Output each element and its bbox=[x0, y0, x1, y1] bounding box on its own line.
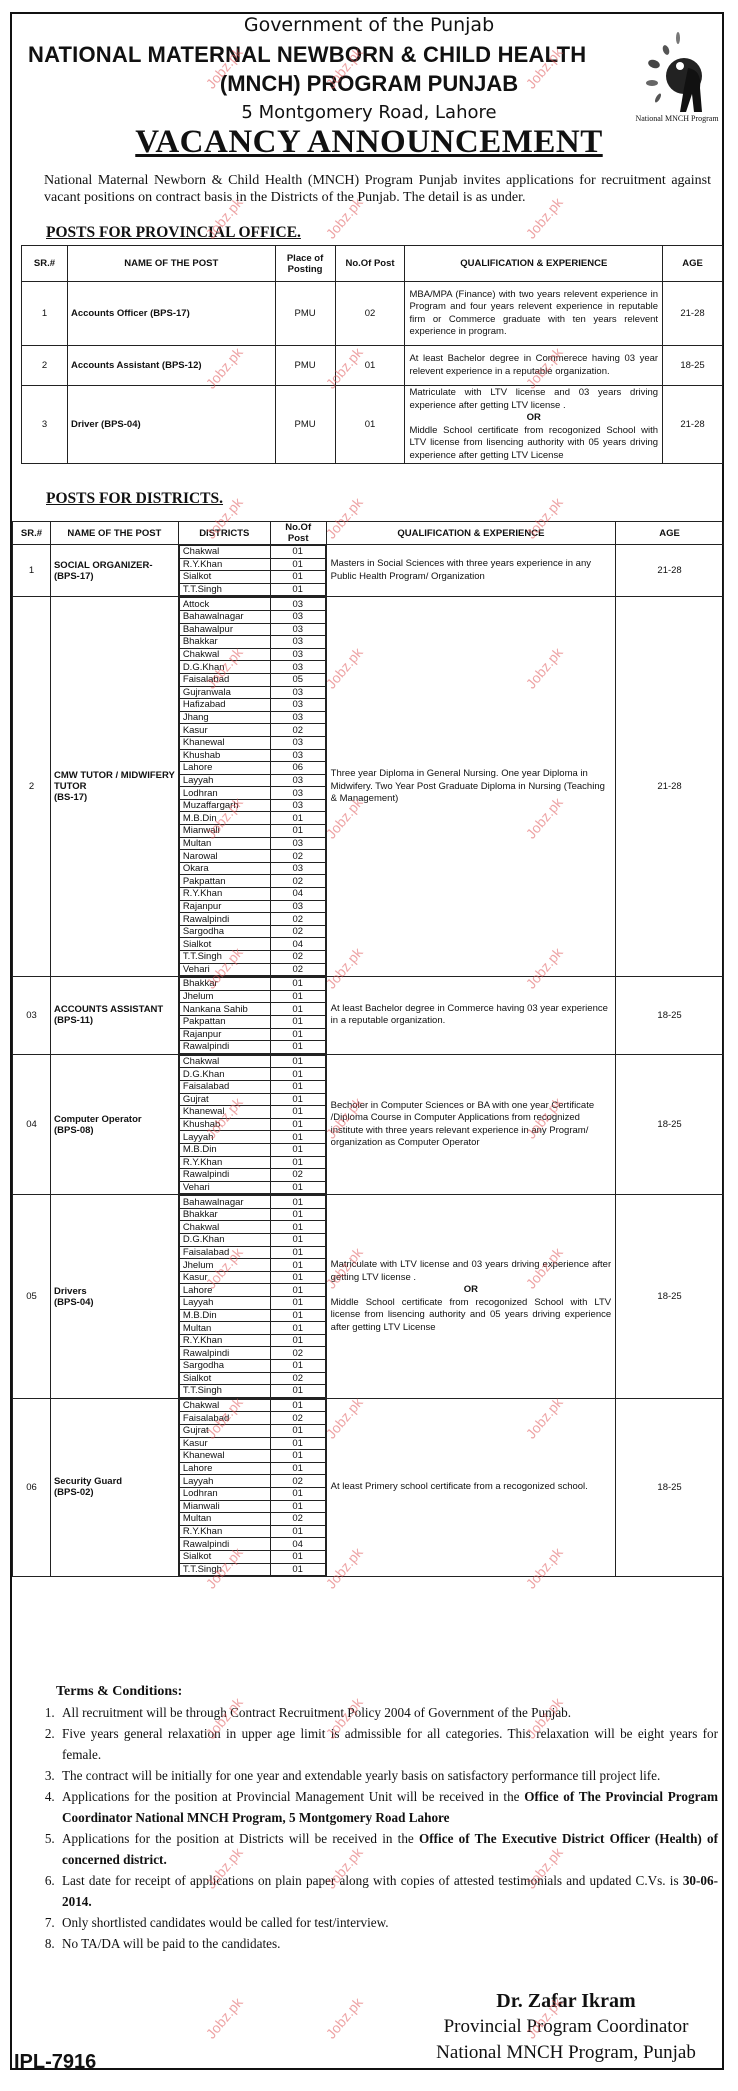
district-name: Kasur bbox=[179, 1271, 270, 1284]
district-post-count: 03 bbox=[270, 636, 325, 649]
district-name: R.Y.Khan bbox=[179, 1525, 270, 1538]
district-row: Chakwal01 bbox=[179, 1221, 325, 1234]
district-post-count: 03 bbox=[270, 711, 325, 724]
district-post-count: 03 bbox=[270, 598, 325, 611]
district-post-count: 03 bbox=[270, 648, 325, 661]
column-header: SR.# bbox=[13, 522, 51, 545]
district-post-count: 01 bbox=[270, 1093, 325, 1106]
district-post-count: 01 bbox=[270, 546, 325, 559]
qualification-cell: At least Primery school certificate from… bbox=[326, 1398, 615, 1576]
post-cell: Accounts Officer (BPS-17) bbox=[67, 282, 275, 346]
column-header: SR.# bbox=[22, 246, 68, 282]
district-row: Chakwal01 bbox=[179, 546, 325, 559]
column-header: NAME OF THE POST bbox=[50, 522, 178, 545]
district-row: Muzaffargarh03 bbox=[179, 799, 325, 812]
table-header-row: SR.# NAME OF THE POST DISTRICTS No.Of Po… bbox=[13, 522, 724, 545]
district-name: Faisalabad bbox=[179, 1080, 270, 1093]
district-post-count: 01 bbox=[270, 825, 325, 838]
sr-cell: 05 bbox=[13, 1195, 51, 1399]
district-row: Faisalabad05 bbox=[179, 673, 325, 686]
column-header: Place of Posting bbox=[275, 246, 335, 282]
district-row: Bhakkar01 bbox=[179, 978, 325, 991]
table-row: 1SOCIAL ORGANIZER-(BPS-17)Chakwal01R.Y.K… bbox=[13, 545, 724, 597]
district-name: Sialkot bbox=[179, 571, 270, 584]
terms-text: Last date for receipt of applications on… bbox=[62, 1873, 683, 1888]
post-name: ACCOUNTS ASSISTANT bbox=[54, 1004, 175, 1015]
district-row: Kasur02 bbox=[179, 724, 325, 737]
district-name: Kasur bbox=[179, 724, 270, 737]
district-row: Faisalabad02 bbox=[179, 1412, 325, 1425]
district-post-count: 02 bbox=[270, 913, 325, 926]
district-post-count: 02 bbox=[270, 1475, 325, 1488]
district-row: Layyah01 bbox=[179, 1297, 325, 1310]
district-row: R.Y.Khan04 bbox=[179, 888, 325, 901]
district-post-count: 01 bbox=[270, 1284, 325, 1297]
district-name: Chakwal bbox=[179, 648, 270, 661]
district-name: Jhelum bbox=[179, 990, 270, 1003]
district-post-count: 01 bbox=[270, 583, 325, 596]
district-post-count: 01 bbox=[270, 1297, 325, 1310]
column-header: No.Of Post bbox=[335, 246, 405, 282]
district-row: Jhang03 bbox=[179, 711, 325, 724]
district-name: Hafizabad bbox=[179, 699, 270, 712]
district-name: Bahawalnagar bbox=[179, 610, 270, 623]
district-name: Khanewal bbox=[179, 1450, 270, 1463]
district-row: Mianwali01 bbox=[179, 1500, 325, 1513]
district-name: Sargodha bbox=[179, 1360, 270, 1373]
district-post-count: 02 bbox=[270, 1412, 325, 1425]
district-name: Rawalpindi bbox=[179, 1538, 270, 1551]
sr-cell: 04 bbox=[13, 1054, 51, 1195]
table-row: 03ACCOUNTS ASSISTANT(BPS-11)Bhakkar01Jhe… bbox=[13, 977, 724, 1055]
district-row: Bhakkar01 bbox=[179, 1208, 325, 1221]
district-post-count: 03 bbox=[270, 787, 325, 800]
program-title-line1: NATIONAL MATERNAL NEWBORN & CHILD HEALTH bbox=[28, 42, 586, 68]
district-post-count: 03 bbox=[270, 736, 325, 749]
district-name: D.G.Khan bbox=[179, 661, 270, 674]
district-post-count: 01 bbox=[270, 1080, 325, 1093]
district-post-count: 01 bbox=[270, 1055, 325, 1068]
table-row: 06Security Guard(BPS-02)Chakwal01Faisala… bbox=[13, 1398, 724, 1576]
government-label: Government of the Punjab bbox=[0, 14, 738, 36]
district-post-count: 01 bbox=[270, 1068, 325, 1081]
district-post-count: 03 bbox=[270, 799, 325, 812]
terms-text: Applications for the position at Provinc… bbox=[62, 1789, 524, 1804]
count-cell: 02 bbox=[335, 282, 405, 346]
district-post-count: 03 bbox=[270, 623, 325, 636]
district-row: Bahawalnagar01 bbox=[179, 1196, 325, 1209]
terms-item: No TA/DA will be paid to the candidates. bbox=[58, 1933, 718, 1954]
signatory-name: Dr. Zafar Ikram bbox=[416, 1990, 716, 2013]
qualification-or: OR bbox=[331, 1284, 611, 1297]
district-post-count: 01 bbox=[270, 1106, 325, 1119]
district-row: Rajanpur01 bbox=[179, 1028, 325, 1041]
district-name: Gujrat bbox=[179, 1424, 270, 1437]
district-name: Jhelum bbox=[179, 1259, 270, 1272]
district-post-count: 03 bbox=[270, 774, 325, 787]
district-name: Khanewal bbox=[179, 1106, 270, 1119]
district-post-count: 01 bbox=[270, 1500, 325, 1513]
district-row: Multan03 bbox=[179, 837, 325, 850]
district-name: Bahawalpur bbox=[179, 623, 270, 636]
district-name: Lodhran bbox=[179, 787, 270, 800]
district-post-count: 01 bbox=[270, 1028, 325, 1041]
district-post-count: 01 bbox=[270, 571, 325, 584]
districts-cell: Bahawalnagar01Bhakkar01Chakwal01D.G.Khan… bbox=[178, 1195, 326, 1399]
district-name: Rawalpindi bbox=[179, 1347, 270, 1360]
district-row: Multan02 bbox=[179, 1513, 325, 1526]
place-cell: PMU bbox=[275, 346, 335, 386]
terms-heading: Terms & Conditions: bbox=[56, 1684, 718, 1700]
district-row: Lahore01 bbox=[179, 1284, 325, 1297]
age-cell: 18-25 bbox=[663, 346, 723, 386]
age-cell: 18-25 bbox=[616, 977, 724, 1055]
column-header: No.Of Post bbox=[270, 522, 326, 545]
district-name: Sialkot bbox=[179, 1372, 270, 1385]
district-name: D.G.Khan bbox=[179, 1234, 270, 1247]
district-row: Layyah01 bbox=[179, 1131, 325, 1144]
post-grade: (BPS-17) bbox=[54, 571, 175, 582]
district-post-count: 02 bbox=[270, 850, 325, 863]
signatory-designation: Provincial Program Coordinator bbox=[416, 2016, 716, 2038]
district-name: Faisalabad bbox=[179, 1412, 270, 1425]
qualification-cell: MBA/MPA (Finance) with two years releven… bbox=[405, 282, 663, 346]
post-cell: Drivers(BPS-04) bbox=[50, 1195, 178, 1399]
district-name: R.Y.Khan bbox=[179, 558, 270, 571]
terms-text: No TA/DA will be paid to the candidates. bbox=[62, 1936, 280, 1951]
signatory-organization: National MNCH Program, Punjab bbox=[416, 2042, 716, 2064]
table-row: 3 Driver (BPS-04) PMU 01 Matriculate wit… bbox=[22, 386, 723, 464]
column-header: NAME OF THE POST bbox=[67, 246, 275, 282]
district-post-count: 01 bbox=[270, 1208, 325, 1221]
district-row: Chakwal01 bbox=[179, 1055, 325, 1068]
intro-paragraph: National Maternal Newborn & Child Health… bbox=[44, 172, 711, 206]
terms-item: Applications for the position at Distric… bbox=[58, 1828, 718, 1870]
district-row: Lahore06 bbox=[179, 762, 325, 775]
sr-cell: 2 bbox=[22, 346, 68, 386]
district-name: R.Y.Khan bbox=[179, 1334, 270, 1347]
district-row: Attock03 bbox=[179, 598, 325, 611]
age-cell: 21-28 bbox=[663, 386, 723, 464]
district-row: Khushab01 bbox=[179, 1118, 325, 1131]
district-post-count: 02 bbox=[270, 951, 325, 964]
district-row: Vehari01 bbox=[179, 1181, 325, 1194]
district-row: Jhelum01 bbox=[179, 1259, 325, 1272]
age-cell: 18-25 bbox=[616, 1054, 724, 1195]
table-header-row: SR.# NAME OF THE POST Place of Posting N… bbox=[22, 246, 723, 282]
table-row: 2 Accounts Assistant (BPS-12) PMU 01 At … bbox=[22, 346, 723, 386]
district-post-count: 01 bbox=[270, 1550, 325, 1563]
district-row: Khushab03 bbox=[179, 749, 325, 762]
column-header: QUALIFICATION & EXPERIENCE bbox=[405, 246, 663, 282]
district-post-count: 05 bbox=[270, 673, 325, 686]
districts-cell: Bhakkar01Jhelum01Nankana Sahib01Pakpatta… bbox=[178, 977, 326, 1055]
age-cell: 21-28 bbox=[616, 597, 724, 977]
post-grade: (BPS-08) bbox=[54, 1125, 175, 1136]
district-post-count: 01 bbox=[270, 1563, 325, 1576]
district-name: Jhang bbox=[179, 711, 270, 724]
post-grade: (BS-17) bbox=[54, 792, 175, 803]
district-name: Layyah bbox=[179, 1297, 270, 1310]
district-post-count: 03 bbox=[270, 749, 325, 762]
district-name: M.B.Din bbox=[179, 812, 270, 825]
qualification-option-a: Matriculate with LTV license and 03 year… bbox=[409, 387, 658, 412]
district-post-count: 01 bbox=[270, 1015, 325, 1028]
district-post-count: 03 bbox=[270, 862, 325, 875]
sr-cell: 03 bbox=[13, 977, 51, 1055]
district-row: Sialkot01 bbox=[179, 571, 325, 584]
district-row: Kasur01 bbox=[179, 1437, 325, 1450]
district-post-count: 01 bbox=[270, 1525, 325, 1538]
district-post-count: 01 bbox=[270, 1221, 325, 1234]
district-row: Faisalabad01 bbox=[179, 1080, 325, 1093]
district-name: Chakwal bbox=[179, 546, 270, 559]
district-name: Sargodha bbox=[179, 925, 270, 938]
sr-cell: 1 bbox=[13, 545, 51, 597]
district-post-count: 02 bbox=[270, 875, 325, 888]
district-row: Sargodha02 bbox=[179, 925, 325, 938]
district-post-count: 01 bbox=[270, 1437, 325, 1450]
terms-text: All recruitment will be through Contract… bbox=[62, 1705, 571, 1720]
district-row: Layyah03 bbox=[179, 774, 325, 787]
district-name: Sialkot bbox=[179, 938, 270, 951]
district-name: D.G.Khan bbox=[179, 1068, 270, 1081]
post-cell: ACCOUNTS ASSISTANT(BPS-11) bbox=[50, 977, 178, 1055]
district-post-count: 01 bbox=[270, 1131, 325, 1144]
district-row: D.G.Khan03 bbox=[179, 661, 325, 674]
post-cell: Driver (BPS-04) bbox=[67, 386, 275, 464]
district-name: Pakpattan bbox=[179, 875, 270, 888]
age-cell: 21-28 bbox=[663, 282, 723, 346]
district-post-count: 03 bbox=[270, 699, 325, 712]
terms-text: Only shortlisted candidates would be cal… bbox=[62, 1915, 389, 1930]
column-header: AGE bbox=[663, 246, 723, 282]
district-name: Bhakkar bbox=[179, 1208, 270, 1221]
district-name: M.B.Din bbox=[179, 1309, 270, 1322]
district-row: D.G.Khan01 bbox=[179, 1234, 325, 1247]
district-name: T.T.Singh bbox=[179, 583, 270, 596]
terms-item: Five years general relaxation in upper a… bbox=[58, 1723, 718, 1765]
district-name: T.T.Singh bbox=[179, 1385, 270, 1398]
age-cell: 18-25 bbox=[616, 1195, 724, 1399]
district-row: T.T.Singh02 bbox=[179, 951, 325, 964]
district-name: Multan bbox=[179, 837, 270, 850]
district-post-count: 01 bbox=[270, 1003, 325, 1016]
sr-cell: 3 bbox=[22, 386, 68, 464]
district-name: Gujrat bbox=[179, 1093, 270, 1106]
district-row: Layyah02 bbox=[179, 1475, 325, 1488]
qualification-option-b: Middle School certificate from recogoniz… bbox=[409, 425, 658, 463]
district-post-count: 01 bbox=[270, 1360, 325, 1373]
district-post-count: 01 bbox=[270, 990, 325, 1003]
district-row: R.Y.Khan01 bbox=[179, 558, 325, 571]
district-row: Jhelum01 bbox=[179, 990, 325, 1003]
district-post-count: 03 bbox=[270, 661, 325, 674]
district-post-count: 01 bbox=[270, 978, 325, 991]
post-grade: (BPS-11) bbox=[54, 1015, 175, 1026]
district-row: Rawalpindi02 bbox=[179, 913, 325, 926]
district-row: T.T.Singh01 bbox=[179, 1563, 325, 1576]
district-row: Narowal02 bbox=[179, 850, 325, 863]
district-post-count: 01 bbox=[270, 1385, 325, 1398]
district-name: Vehari bbox=[179, 963, 270, 976]
district-row: Sialkot01 bbox=[179, 1550, 325, 1563]
district-name: Narowal bbox=[179, 850, 270, 863]
district-post-count: 02 bbox=[270, 724, 325, 737]
districts-cell: Attock03Bahawalnagar03Bahawalpur03Bhakka… bbox=[178, 597, 326, 977]
district-name: Vehari bbox=[179, 1181, 270, 1194]
table-row: 05Drivers(BPS-04)Bahawalnagar01Bhakkar01… bbox=[13, 1195, 724, 1399]
district-row: Nankana Sahib01 bbox=[179, 1003, 325, 1016]
district-post-count: 01 bbox=[270, 1334, 325, 1347]
post-name: CMW TUTOR / MIDWIFERY TUTOR bbox=[54, 770, 175, 792]
district-row: Chakwal03 bbox=[179, 648, 325, 661]
district-name: Mianwali bbox=[179, 825, 270, 838]
district-row: Kasur01 bbox=[179, 1271, 325, 1284]
district-post-count: 02 bbox=[270, 1513, 325, 1526]
district-row: Gujranwala03 bbox=[179, 686, 325, 699]
district-row: Hafizabad03 bbox=[179, 699, 325, 712]
district-row: Gujrat01 bbox=[179, 1093, 325, 1106]
district-post-count: 02 bbox=[270, 963, 325, 976]
district-row: Rawalpindi02 bbox=[179, 1169, 325, 1182]
district-name: T.T.Singh bbox=[179, 1563, 270, 1576]
terms-list: All recruitment will be through Contract… bbox=[28, 1702, 718, 1954]
district-row: R.Y.Khan01 bbox=[179, 1156, 325, 1169]
district-name: Kasur bbox=[179, 1437, 270, 1450]
district-name: R.Y.Khan bbox=[179, 888, 270, 901]
qualification-or: OR bbox=[409, 412, 658, 425]
terms-item: Last date for receipt of applications on… bbox=[58, 1870, 718, 1912]
district-post-count: 04 bbox=[270, 1538, 325, 1551]
district-row: Multan01 bbox=[179, 1322, 325, 1335]
district-row: Sialkot02 bbox=[179, 1372, 325, 1385]
district-name: M.B.Din bbox=[179, 1143, 270, 1156]
district-name: Rawalpindi bbox=[179, 1041, 270, 1054]
district-row: Rajanpur03 bbox=[179, 900, 325, 913]
qualification-option-a: Matriculate with LTV license and 03 year… bbox=[331, 1259, 611, 1284]
district-row: R.Y.Khan01 bbox=[179, 1525, 325, 1538]
provincial-section-title: POSTS FOR PROVINCIAL OFFICE. bbox=[46, 224, 301, 242]
districts-cell: Chakwal01Faisalabad02Gujrat01Kasur01Khan… bbox=[178, 1398, 326, 1576]
district-name: Okara bbox=[179, 862, 270, 875]
district-post-count: 03 bbox=[270, 837, 325, 850]
terms-text: Five years general relaxation in upper a… bbox=[62, 1726, 718, 1762]
district-row: Sargodha01 bbox=[179, 1360, 325, 1373]
district-row: Vehari02 bbox=[179, 963, 325, 976]
age-cell: 18-25 bbox=[616, 1398, 724, 1576]
sr-cell: 1 bbox=[22, 282, 68, 346]
district-name: Muzaffargarh bbox=[179, 799, 270, 812]
district-row: Lodhran03 bbox=[179, 787, 325, 800]
district-name: Pakpattan bbox=[179, 1015, 270, 1028]
district-post-count: 01 bbox=[270, 1487, 325, 1500]
district-post-count: 06 bbox=[270, 762, 325, 775]
district-row: Pakpattan02 bbox=[179, 875, 325, 888]
district-post-count: 01 bbox=[270, 1181, 325, 1194]
place-cell: PMU bbox=[275, 386, 335, 464]
post-grade: (BPS-04) bbox=[54, 1297, 175, 1308]
qualification-cell: At least Bachelor degree in Commerece ha… bbox=[405, 346, 663, 386]
district-post-count: 01 bbox=[270, 1399, 325, 1412]
district-post-count: 01 bbox=[270, 1271, 325, 1284]
district-name: Khanewal bbox=[179, 736, 270, 749]
district-post-count: 04 bbox=[270, 888, 325, 901]
district-row: Lahore01 bbox=[179, 1462, 325, 1475]
table-row: 2CMW TUTOR / MIDWIFERY TUTOR(BS-17)Attoc… bbox=[13, 597, 724, 977]
district-post-count: 02 bbox=[270, 1169, 325, 1182]
district-post-count: 01 bbox=[270, 1424, 325, 1437]
district-name: Khushab bbox=[179, 1118, 270, 1131]
district-post-count: 01 bbox=[270, 1309, 325, 1322]
district-row: Sialkot04 bbox=[179, 938, 325, 951]
district-row: M.B.Din01 bbox=[179, 812, 325, 825]
terms-item: Applications for the position at Provinc… bbox=[58, 1786, 718, 1828]
district-post-count: 01 bbox=[270, 1462, 325, 1475]
district-name: Chakwal bbox=[179, 1221, 270, 1234]
district-post-count: 02 bbox=[270, 1347, 325, 1360]
column-header: AGE bbox=[616, 522, 724, 545]
district-post-count: 01 bbox=[270, 1259, 325, 1272]
post-cell: Accounts Assistant (BPS-12) bbox=[67, 346, 275, 386]
district-post-count: 03 bbox=[270, 900, 325, 913]
district-row: Bhakkar03 bbox=[179, 636, 325, 649]
post-cell: Security Guard(BPS-02) bbox=[50, 1398, 178, 1576]
district-row: Bahawalnagar03 bbox=[179, 610, 325, 623]
district-name: Multan bbox=[179, 1513, 270, 1526]
district-row: Bahawalpur03 bbox=[179, 623, 325, 636]
qualification-cell: Three year Diploma in General Nursing. O… bbox=[326, 597, 615, 977]
post-grade: (BPS-02) bbox=[54, 1487, 175, 1498]
district-post-count: 01 bbox=[270, 558, 325, 571]
terms-text: Applications for the position at Distric… bbox=[62, 1831, 419, 1846]
post-cell: CMW TUTOR / MIDWIFERY TUTOR(BS-17) bbox=[50, 597, 178, 977]
post-name: SOCIAL ORGANIZER- bbox=[54, 560, 175, 571]
district-post-count: 03 bbox=[270, 686, 325, 699]
column-header: DISTRICTS bbox=[178, 522, 270, 545]
place-cell: PMU bbox=[275, 282, 335, 346]
district-name: Lahore bbox=[179, 1462, 270, 1475]
district-post-count: 01 bbox=[270, 1041, 325, 1054]
terms-item: All recruitment will be through Contract… bbox=[58, 1702, 718, 1723]
district-post-count: 03 bbox=[270, 610, 325, 623]
district-name: Nankana Sahib bbox=[179, 1003, 270, 1016]
terms-item: The contract will be initially for one y… bbox=[58, 1765, 718, 1786]
district-post-count: 01 bbox=[270, 1143, 325, 1156]
qualification-cell: Matriculate with LTV license and 03 year… bbox=[405, 386, 663, 464]
district-row: Gujrat01 bbox=[179, 1424, 325, 1437]
post-name: Drivers bbox=[54, 1286, 175, 1297]
district-post-count: 01 bbox=[270, 1196, 325, 1209]
district-name: Faisalabad bbox=[179, 673, 270, 686]
district-name: Faisalabad bbox=[179, 1246, 270, 1259]
districts-cell: Chakwal01D.G.Khan01Faisalabad01Gujrat01K… bbox=[178, 1054, 326, 1195]
district-post-count: 01 bbox=[270, 1322, 325, 1335]
district-row: Faisalabad01 bbox=[179, 1246, 325, 1259]
district-row: Rawalpindi01 bbox=[179, 1041, 325, 1054]
district-row: M.B.Din01 bbox=[179, 1143, 325, 1156]
district-post-count: 04 bbox=[270, 938, 325, 951]
district-row: R.Y.Khan01 bbox=[179, 1334, 325, 1347]
district-row: Pakpattan01 bbox=[179, 1015, 325, 1028]
district-post-count: 01 bbox=[270, 1234, 325, 1247]
district-name: Lodhran bbox=[179, 1487, 270, 1500]
qualification-cell: Matriculate with LTV license and 03 year… bbox=[326, 1195, 615, 1399]
district-row: Khanewal01 bbox=[179, 1106, 325, 1119]
district-name: Multan bbox=[179, 1322, 270, 1335]
district-row: Okara03 bbox=[179, 862, 325, 875]
district-post-count: 02 bbox=[270, 1372, 325, 1385]
